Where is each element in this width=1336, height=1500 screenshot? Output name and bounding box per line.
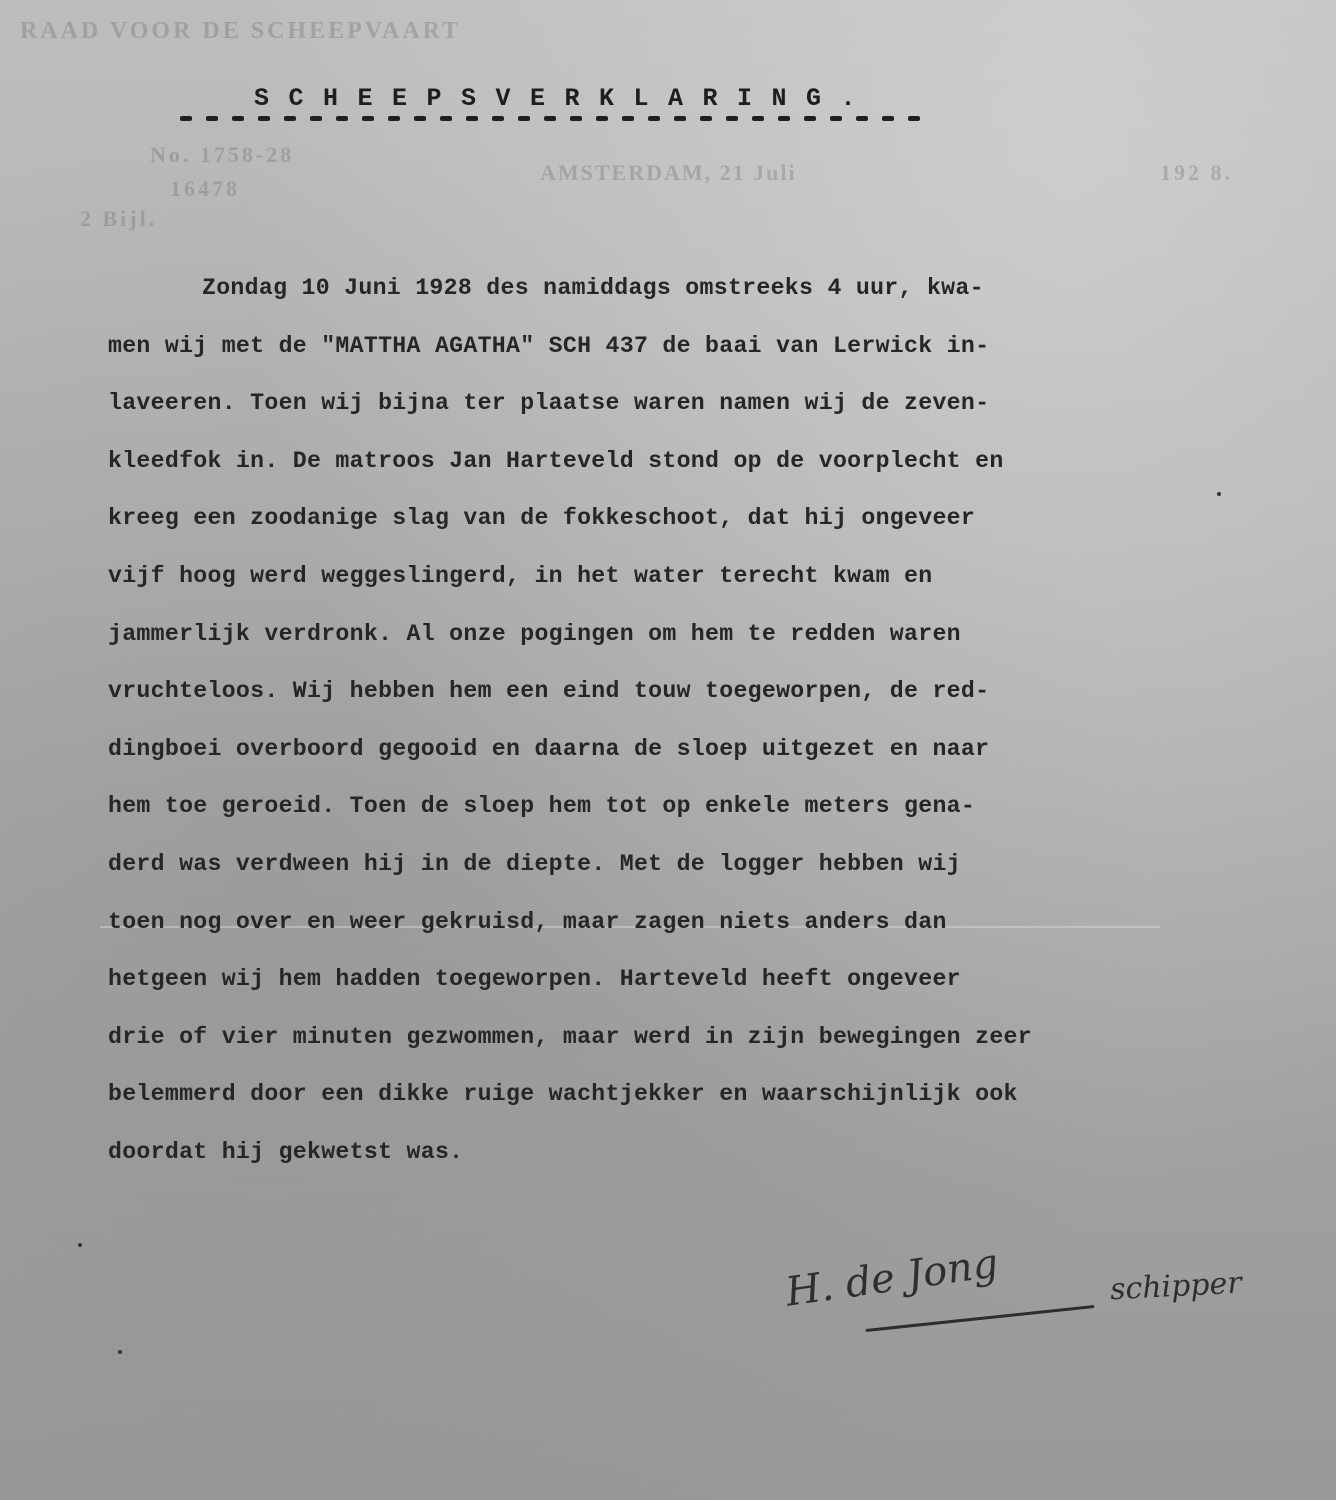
dash-mark xyxy=(752,116,764,121)
text-line: hetgeen wij hem hadden toegeworpen. Hart… xyxy=(108,951,1248,1009)
text-line: belemmerd door een dikke ruige wachtjekk… xyxy=(108,1066,1248,1124)
text-line: drie of vier minuten gezwommen, maar wer… xyxy=(108,1009,1248,1067)
text-line: vijf hoog werd weggeslingerd, in het wat… xyxy=(108,548,1248,606)
text-line: vruchteloos. Wij hebben hem een eind tou… xyxy=(108,663,1248,721)
dash-mark xyxy=(310,116,322,121)
dash-mark xyxy=(622,116,634,121)
dash-mark xyxy=(414,116,426,121)
title-dashed-underline xyxy=(180,116,920,121)
text-line: derd was verdween hij in de diepte. Met … xyxy=(108,836,1248,894)
faint-attachments: 2 Bijl. xyxy=(80,206,157,232)
dash-mark xyxy=(674,116,686,121)
faint-year: 192 8. xyxy=(1160,160,1233,186)
dash-mark xyxy=(258,116,270,121)
signature-underline xyxy=(865,1305,1094,1332)
dash-mark xyxy=(206,116,218,121)
text-line: toen nog over en weer gekruisd, maar zag… xyxy=(108,894,1248,952)
dash-mark xyxy=(544,116,556,121)
dash-mark xyxy=(830,116,842,121)
text-line: Zondag 10 Juni 1928 des namiddags omstre… xyxy=(108,260,1248,318)
dash-mark xyxy=(908,116,920,121)
dash-mark xyxy=(466,116,478,121)
signature-role: schipper xyxy=(1109,1266,1242,1308)
ink-speck xyxy=(78,1243,82,1247)
dash-mark xyxy=(492,116,504,121)
document-page: RAAD VOOR DE SCHEEPVAART No. 1758-28 164… xyxy=(0,0,1336,1500)
dash-mark xyxy=(648,116,660,121)
dash-mark xyxy=(804,116,816,121)
dash-mark xyxy=(284,116,296,121)
dash-mark xyxy=(440,116,452,121)
text-line: laveeren. Toen wij bijna ter plaatse war… xyxy=(108,375,1248,433)
dash-mark xyxy=(856,116,868,121)
faint-reference-number-2: 16478 xyxy=(170,176,240,202)
dash-mark xyxy=(700,116,712,121)
text-line: doordat hij gekwetst was. xyxy=(108,1124,1248,1182)
faint-reference-number: No. 1758-28 xyxy=(150,142,294,168)
dash-mark xyxy=(518,116,530,121)
text-line: jammerlijk verdronk. Al onze pogingen om… xyxy=(108,606,1248,664)
faint-place-date: AMSTERDAM, 21 Juli xyxy=(540,160,797,186)
faint-letterhead: RAAD VOOR DE SCHEEPVAART xyxy=(20,18,461,45)
text-line: men wij met de "MATTHA AGATHA" SCH 437 d… xyxy=(108,318,1248,376)
dash-mark xyxy=(778,116,790,121)
dash-mark xyxy=(336,116,348,121)
dash-mark xyxy=(388,116,400,121)
dash-mark xyxy=(362,116,374,121)
document-title: SCHEEPSVERKLARING. xyxy=(254,84,875,113)
dash-mark xyxy=(882,116,894,121)
dash-mark xyxy=(596,116,608,121)
ink-speck xyxy=(118,1350,122,1354)
signature-name: H. de Jong xyxy=(783,1240,1001,1315)
text-line: kleedfok in. De matroos Jan Harteveld st… xyxy=(108,433,1248,491)
dash-mark xyxy=(232,116,244,121)
ink-speck xyxy=(1217,492,1221,496)
dash-mark xyxy=(726,116,738,121)
dash-mark xyxy=(570,116,582,121)
text-line: kreeg een zoodanige slag van de fokkesch… xyxy=(108,490,1248,548)
declaration-body: Zondag 10 Juni 1928 des namiddags omstre… xyxy=(108,260,1248,1182)
dash-mark xyxy=(180,116,192,121)
text-line: hem toe geroeid. Toen de sloep hem tot o… xyxy=(108,778,1248,836)
text-line: dingboei overboord gegooid en daarna de … xyxy=(108,721,1248,779)
